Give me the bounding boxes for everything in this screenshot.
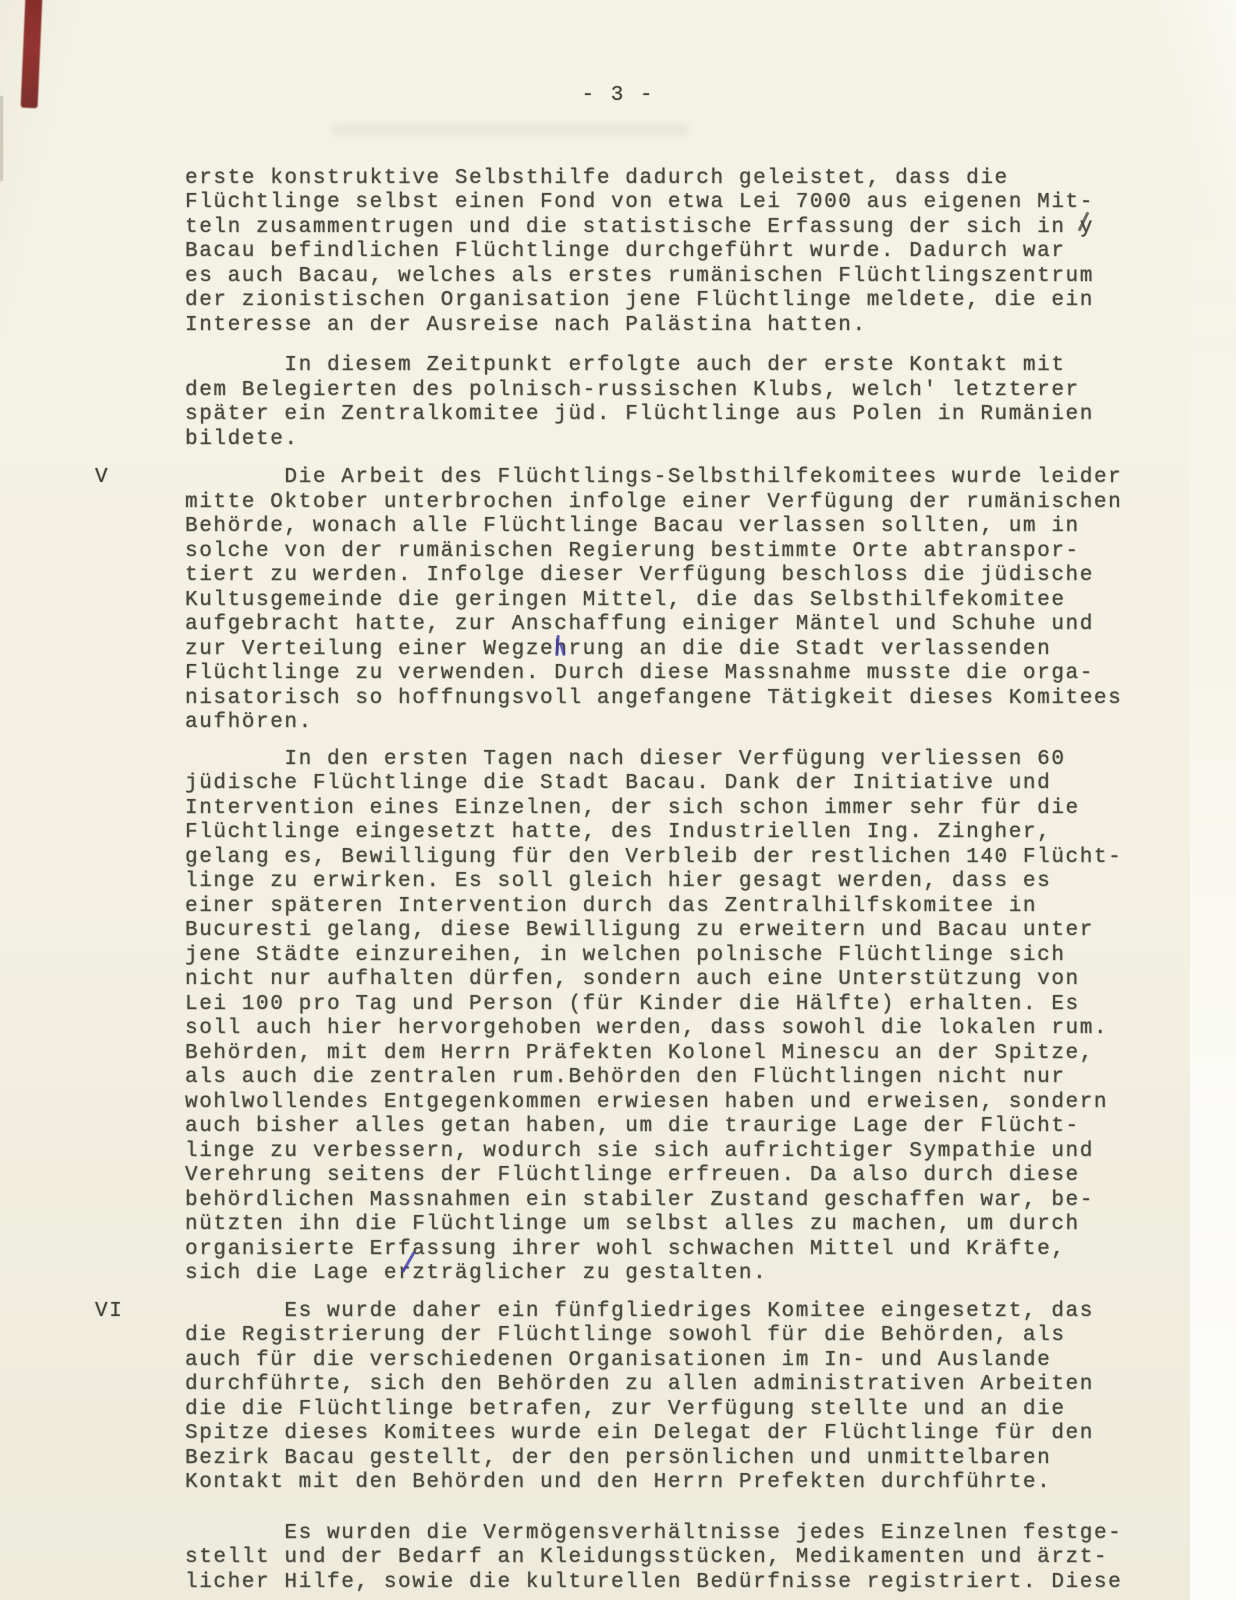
paragraph-text: Die Arbeit des Flüchtlings-Selbsthilfeko… xyxy=(185,466,1156,736)
paragraph: erste konstruktive Selbsthilfe dadurch g… xyxy=(185,167,1156,339)
paragraph: VI Es wurde daher ein fünfgliedriges Kom… xyxy=(185,1300,1156,1496)
blue-ink-h-mark xyxy=(554,635,567,656)
scan-edge-artifact xyxy=(0,96,3,181)
paragraph: V Die Arbeit des Flüchtlings-Selbsthilfe… xyxy=(185,466,1156,736)
paragraph-text: In den ersten Tagen nach dieser Verfügun… xyxy=(185,748,1156,1287)
paragraph: In den ersten Tagen nach dieser Verfügun… xyxy=(185,748,1156,1287)
ink-smudge xyxy=(330,123,690,136)
section-label: VI xyxy=(95,1300,123,1325)
document-body: erste konstruktive Selbsthilfe dadurch g… xyxy=(0,167,1236,1596)
page-number: - 3 - xyxy=(0,84,1236,109)
paragraph: Es wurden die Vermögensverhältnisse jede… xyxy=(185,1522,1156,1596)
paragraph-text: erste konstruktive Selbsthilfe dadurch g… xyxy=(185,167,1156,339)
document-page: - 3 - erste konstruktive Selbsthilfe dad… xyxy=(0,0,1236,1600)
paragraph: In diesem Zeitpunkt erfolgte auch der er… xyxy=(185,354,1156,452)
paragraph-text: Es wurden die Vermögensverhältnisse jede… xyxy=(185,1522,1156,1596)
paragraph-text: In diesem Zeitpunkt erfolgte auch der er… xyxy=(185,354,1156,452)
section-label: V xyxy=(95,466,109,491)
paragraph-text: Es wurde daher ein fünfgliedriges Komite… xyxy=(185,1300,1156,1496)
